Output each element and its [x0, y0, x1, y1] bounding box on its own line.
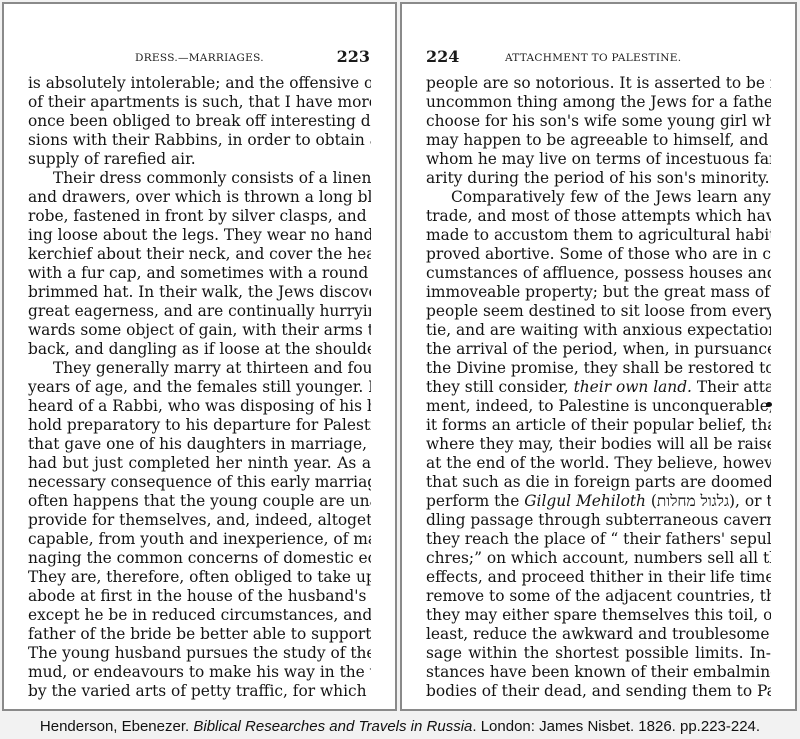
- text-line: cumstances of affluence, possess houses …: [426, 264, 771, 283]
- text-line: perform the Gilgul Mehiloth (גלגול מחלות…: [426, 492, 771, 511]
- left-page-body: is absolutely intolerable; and the offen…: [28, 74, 371, 701]
- text-line: abode at first in the house of the husba…: [28, 587, 371, 606]
- text-line: remove to some of the adjacent countries…: [426, 587, 771, 606]
- text-line: years of age, and the females still youn…: [28, 378, 371, 397]
- text-line: The young husband pursues the study of t…: [28, 644, 371, 663]
- text-line: necessary consequence of this early marr…: [28, 473, 371, 492]
- text-line: that gave one of his daughters in marria…: [28, 435, 371, 454]
- italic-phrase: Gilgul Mehiloth: [524, 492, 646, 510]
- text-line: brimmed hat. In their walk, the Jews dis…: [28, 283, 371, 302]
- text-line: arity during the period of his son's min…: [426, 169, 771, 188]
- right-page-body: people are so notorious. It is asserted …: [426, 74, 771, 701]
- text-line: provide for themselves, and, indeed, alt…: [28, 511, 371, 530]
- text-span: (גלגול מחלות), or trun-: [651, 492, 771, 510]
- text-line: the Divine promise, they shall be restor…: [426, 359, 771, 378]
- text-line: They are, therefore, often obliged to ta…: [28, 568, 371, 587]
- text-line: heard of a Rabbi, who was disposing of h…: [28, 397, 371, 416]
- text-line: wards some object of gain, with their ar…: [28, 321, 371, 340]
- text-line: at the end of the world. They believe, h…: [426, 454, 771, 473]
- caption-title: Biblical Researches and Travels in Russi…: [193, 718, 472, 735]
- text-line: ing loose about the legs. They wear no h…: [28, 226, 371, 245]
- text-line: immoveable property; but the great mass …: [426, 283, 771, 302]
- text-line: where they may, their bodies will all be…: [426, 435, 771, 454]
- text-line: with a fur cap, and sometimes with a rou…: [28, 264, 371, 283]
- text-line: by the varied arts of petty traffic, for…: [28, 682, 371, 701]
- page-number: 224: [426, 47, 459, 66]
- text-line: father of the bride be better able to su…: [28, 625, 371, 644]
- text-line: the arrival of the period, when, in purs…: [426, 340, 771, 359]
- text-line: capable, from youth and inexperience, of…: [28, 530, 371, 549]
- citation-caption: Henderson, Ebenezer. Biblical Researches…: [0, 714, 800, 739]
- text-line: supply of rarefied air.: [28, 150, 371, 169]
- text-line: ment, indeed, to Palestine is unconquera…: [426, 397, 771, 416]
- text-line: people seem destined to sit loose from e…: [426, 302, 771, 321]
- right-page-header: 224 ATTACHMENT TO PALESTINE.: [426, 45, 770, 67]
- right-page: 224 ATTACHMENT TO PALESTINE. people are …: [400, 2, 797, 711]
- text-line: sage within the shortest possible limits…: [426, 644, 771, 663]
- text-line: chres;” on which account, numbers sell a…: [426, 549, 771, 568]
- caption-publication: . London: James Nisbet. 1826. pp.223-224…: [472, 718, 760, 735]
- running-head: ATTACHMENT TO PALESTINE.: [505, 52, 681, 64]
- text-line: except he be in reduced circumstances, a…: [28, 606, 371, 625]
- text-line: kerchief about their neck, and cover the…: [28, 245, 371, 264]
- text-line: made to accustom them to agricultural ha…: [426, 226, 771, 245]
- text-line: often happens that the young couple are …: [28, 492, 371, 511]
- text-line: that such as die in foreign parts are do…: [426, 473, 771, 492]
- page-number: 223: [337, 47, 370, 66]
- text-line: dling passage through subterraneous cave…: [426, 511, 771, 530]
- text-line: and drawers, over which is thrown a long…: [28, 188, 371, 207]
- text-span: perform the: [426, 492, 519, 510]
- text-span: Their attach-: [697, 378, 771, 396]
- ink-blot-mark: [766, 402, 772, 407]
- text-line: uncommon thing among the Jews for a fath…: [426, 93, 771, 112]
- text-span: they still consider,: [426, 378, 569, 396]
- text-line: is absolutely intolerable; and the offen…: [28, 74, 371, 93]
- text-line: of their apartments is such, that I have…: [28, 93, 371, 112]
- italic-phrase: their own land.: [574, 378, 692, 396]
- text-line: they still consider, their own land. The…: [426, 378, 771, 397]
- left-page-header: DRESS.—MARRIAGES. 223: [28, 45, 370, 67]
- text-line: robe, fastened in front by silver clasps…: [28, 207, 371, 226]
- text-line: it forms an article of their popular bel…: [426, 416, 771, 435]
- text-line: they reach the place of “ their fathers'…: [426, 530, 771, 549]
- text-line: back, and dangling as if loose at the sh…: [28, 340, 371, 359]
- text-line: great eagerness, and are continually hur…: [28, 302, 371, 321]
- text-line: had but just completed her ninth year. A…: [28, 454, 371, 473]
- caption-author: Henderson, Ebenezer.: [40, 718, 189, 735]
- text-line: least, reduce the awkward and troublesom…: [426, 625, 771, 644]
- text-line: once been obliged to break off interesti…: [28, 112, 371, 131]
- text-line: effects, and proceed thither in their li…: [426, 568, 771, 587]
- text-line: Their dress commonly consists of a linen…: [28, 169, 371, 188]
- text-line: sions with their Rabbins, in order to ob…: [28, 131, 371, 150]
- text-line: proved abortive. Some of those who are i…: [426, 245, 771, 264]
- text-line: trade, and most of those attempts which …: [426, 207, 771, 226]
- text-line: they may either spare themselves this to…: [426, 606, 771, 625]
- text-line: Comparatively few of the Jews learn any: [426, 188, 771, 207]
- text-line: whom he may live on terms of incestuous …: [426, 150, 771, 169]
- text-line: naging the common concerns of domestic e…: [28, 549, 371, 568]
- text-line: may happen to be agreeable to himself, a…: [426, 131, 771, 150]
- text-line: choose for his son's wife some young gir…: [426, 112, 771, 131]
- left-page: DRESS.—MARRIAGES. 223 is absolutely into…: [2, 2, 397, 711]
- running-head: DRESS.—MARRIAGES.: [135, 52, 264, 64]
- text-line: bodies of their dead, and sending them t…: [426, 682, 771, 701]
- text-line: people are so notorious. It is asserted …: [426, 74, 771, 93]
- text-line: They generally marry at thirteen and fou…: [28, 359, 371, 378]
- text-line: stances have been known of their embalmi…: [426, 663, 771, 682]
- text-line: tie, and are waiting with anxious expect…: [426, 321, 771, 340]
- text-line: hold preparatory to his departure for Pa…: [28, 416, 371, 435]
- text-line: mud, or endeavours to make his way in th…: [28, 663, 371, 682]
